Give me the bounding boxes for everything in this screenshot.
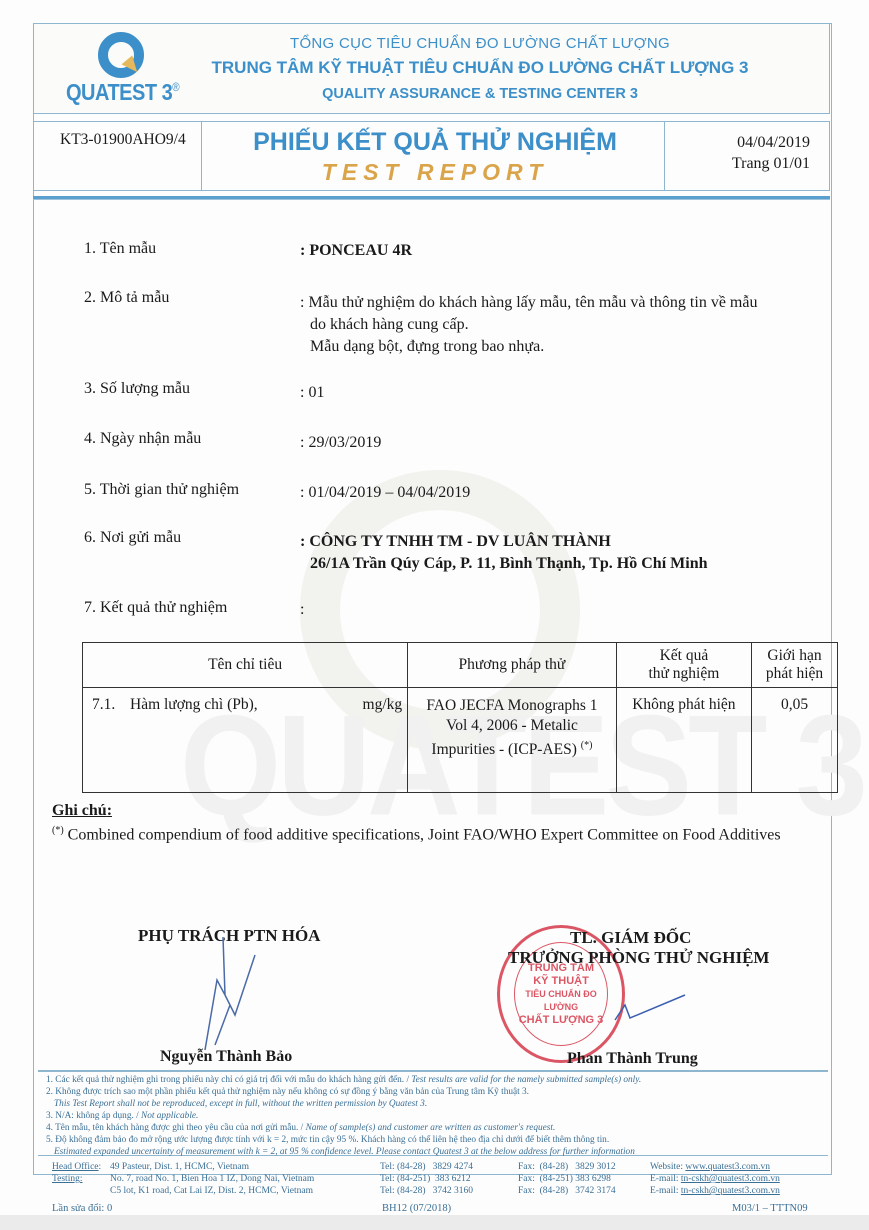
fax-dongnai: Fax: (84-251) 383 6298 bbox=[518, 1173, 611, 1185]
right-signatory-title-1: TL. GIÁM ĐỐC bbox=[570, 928, 691, 948]
table-row: 7.1. Hàm lượng chì (Pb), mg/kg FAO JECFA… bbox=[83, 688, 838, 793]
col-header-indicator: Tên chỉ tiêu bbox=[83, 643, 408, 688]
col-header-detection-limit: Giới hạnphát hiện bbox=[752, 643, 838, 688]
report-page: QUATEST 3 QUATEST 3® TỔNG CỤC TIÊU CHUẨN… bbox=[0, 0, 869, 1215]
footnote-1: 1. Các kết quả thử nghiệm ghi trong phiế… bbox=[46, 1074, 828, 1086]
field-value-received-date: : 29/03/2019 bbox=[300, 432, 381, 454]
report-title-vn: PHIẾU KẾT QUẢ THỬ NGHIỆM bbox=[200, 128, 670, 157]
col-header-method: Phương pháp thử bbox=[408, 643, 617, 688]
field-label-test-period: 5. Thời gian thử nghiệm bbox=[84, 481, 239, 499]
page-number: Trang 01/01 bbox=[680, 155, 810, 173]
indicator-name: Hàm lượng chì (Pb), bbox=[130, 696, 363, 714]
address-testing-dongnai: No. 7, road No. 1, Bien Hoa 1 IZ, Dong N… bbox=[110, 1173, 314, 1185]
cell-indicator: 7.1. Hàm lượng chì (Pb), mg/kg bbox=[83, 688, 408, 793]
col-header-result: Kết quảthử nghiệm bbox=[616, 643, 751, 688]
left-signatory-name: Nguyễn Thành Bảo bbox=[160, 1048, 292, 1066]
right-signatory-title-2: TRƯỞNG PHÒNG THỬ NGHIỆM bbox=[508, 948, 769, 968]
tel-dongnai: Tel: (84-251) 383 6212 bbox=[380, 1173, 471, 1185]
fax-head-office: Fax: (84-28) 3829 3012 bbox=[518, 1161, 616, 1173]
notes-title: Ghi chú: bbox=[52, 802, 112, 820]
footnote-4: 4. Tên mẫu, tên khách hàng được ghi theo… bbox=[46, 1122, 828, 1134]
field-value-sender: : CÔNG TY TNHH TM - DV LUÂN THÀNH 26/1A … bbox=[300, 531, 708, 575]
footnote-2: 2. Không được trích sao một phần phiếu k… bbox=[46, 1086, 828, 1110]
tel-catlai: Tel: (84-28) 3742 3160 bbox=[380, 1185, 473, 1197]
header-divider bbox=[33, 196, 830, 200]
website: Website: www.quatest3.com.vn bbox=[650, 1161, 770, 1173]
email-dongnai: E-mail: tn-cskh@quatest3.com.vn bbox=[650, 1173, 780, 1185]
report-title-en: TEST REPORT bbox=[200, 159, 670, 186]
org-name-en: QUALITY ASSURANCE & TESTING CENTER 3 bbox=[200, 86, 760, 102]
field-label-received-date: 4. Ngày nhận mẫu bbox=[84, 430, 201, 448]
report-date: 04/04/2019 bbox=[680, 134, 810, 152]
field-value-test-period: : 01/04/2019 – 04/04/2019 bbox=[300, 482, 470, 504]
document-reference: M03/1 – TTTN09 bbox=[732, 1203, 808, 1214]
field-label-sender: 6. Nơi gửi mẫu bbox=[84, 529, 181, 547]
cell-method: FAO JECFA Monographs 1 Vol 4, 2006 - Met… bbox=[408, 688, 617, 793]
field-label-test-result: 7. Kết quả thử nghiệm bbox=[84, 599, 227, 617]
footnote-3: 3. N/A: không áp dụng. / Not applicable. bbox=[46, 1110, 828, 1122]
head-office-label: Head Office: bbox=[52, 1161, 101, 1173]
field-label-sample-description: 2. Mô tả mẫu bbox=[84, 289, 169, 307]
results-table: Tên chỉ tiêu Phương pháp thử Kết quảthử … bbox=[82, 642, 838, 793]
website-link[interactable]: www.quatest3.com.vn bbox=[685, 1162, 770, 1172]
field-value-test-result: : bbox=[300, 599, 304, 621]
table-header-row: Tên chỉ tiêu Phương pháp thử Kết quảthử … bbox=[83, 643, 838, 688]
indicator-number: 7.1. bbox=[92, 696, 130, 714]
right-signatory-name: Phan Thành Trung bbox=[567, 1050, 698, 1068]
footnotes: 1. Các kết quả thử nghiệm ghi trong phiế… bbox=[38, 1070, 828, 1156]
logo-text: QUATEST 3® bbox=[66, 80, 179, 106]
form-code: BH12 (07/2018) bbox=[382, 1203, 451, 1214]
address-testing-catlai: C5 lot, K1 road, Cat Lai IZ, Dist. 2, HC… bbox=[110, 1185, 313, 1197]
indicator-unit: mg/kg bbox=[363, 696, 403, 714]
quatest-logo: QUATEST 3® bbox=[66, 32, 186, 112]
email-catlai: E-mail: tn-cskh@quatest3.com.vn bbox=[650, 1185, 780, 1197]
revision-number: Lần sửa đổi: 0 bbox=[52, 1203, 112, 1214]
testing-label: Testing: bbox=[52, 1173, 82, 1185]
email-link-catlai[interactable]: tn-cskh@quatest3.com.vn bbox=[681, 1186, 780, 1196]
left-signature-icon bbox=[195, 935, 265, 1055]
address-head-office: 49 Pasteur, Dist. 1, HCMC, Vietnam bbox=[110, 1161, 249, 1173]
right-signature-icon bbox=[610, 990, 690, 1030]
footnote-5: 5. Độ không đảm bảo đo mở rộng ước lượng… bbox=[46, 1134, 828, 1158]
field-value-sample-quantity: : 01 bbox=[300, 382, 324, 404]
document-code: KT3-01900AHO9/4 bbox=[60, 131, 186, 149]
field-label-sample-name: 1. Tên mẫu bbox=[84, 240, 156, 258]
field-value-sample-description: : Mẫu thử nghiệm do khách hàng lấy mẫu, … bbox=[300, 292, 757, 358]
org-parent-name: TỔNG CỤC TIÊU CHUẨN ĐO LƯỜNG CHẤT LƯỢNG bbox=[200, 35, 760, 52]
notes-text: (*) Combined compendium of food additive… bbox=[52, 825, 781, 844]
fax-catlai: Fax: (84-28) 3742 3174 bbox=[518, 1185, 616, 1197]
org-name-vn: TRUNG TÂM KỸ THUẬT TIÊU CHUẨN ĐO LƯỜNG C… bbox=[190, 58, 770, 78]
cell-result: Không phát hiện bbox=[616, 688, 751, 793]
contact-addresses: Head Office: Testing: 49 Pasteur, Dist. … bbox=[38, 1158, 828, 1198]
field-value-sample-name: : PONCEAU 4R bbox=[300, 240, 412, 262]
tel-head-office: Tel: (84-28) 3829 4274 bbox=[380, 1161, 473, 1173]
email-link-dongnai[interactable]: tn-cskh@quatest3.com.vn bbox=[681, 1174, 780, 1184]
cell-detection-limit: 0,05 bbox=[752, 688, 838, 793]
field-label-sample-quantity: 3. Số lượng mẫu bbox=[84, 380, 190, 398]
